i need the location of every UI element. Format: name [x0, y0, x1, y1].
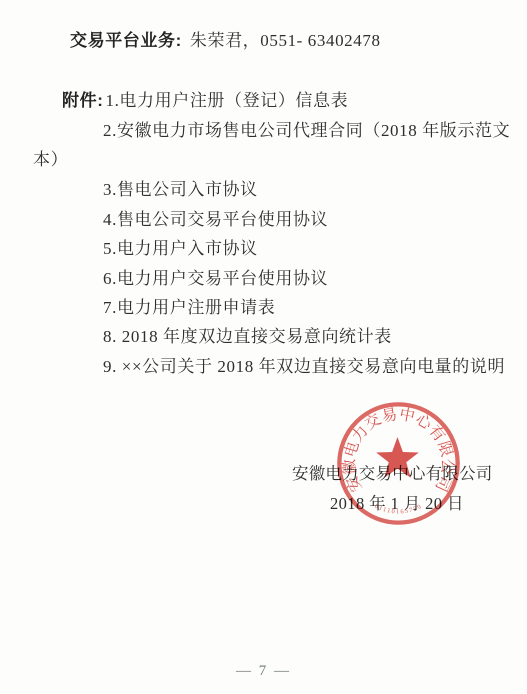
document-page: 交易平台业务:朱荣君，0551- 63402478 附件:1.电力用户注册（登记… — [0, 0, 527, 694]
attachments-label: 附件: — [62, 91, 103, 110]
attachment-item-1: 1.电力用户注册（登记）信息表 — [105, 91, 348, 110]
attachment-item-3: 3.售电公司入市协议 — [103, 175, 258, 200]
official-seal: 安徽电力交易中心有限公司 01110165759 — [322, 387, 475, 540]
attachment-item-5: 5.电力用户入市协议 — [103, 234, 258, 259]
attachment-item-2-wrap: 本） — [33, 145, 68, 170]
attachment-item-6: 6.电力用户交易平台使用协议 — [103, 264, 328, 289]
attachment-item-2: 2.安徽电力市场售电公司代理合同（2018 年版示范文 — [103, 116, 510, 141]
attachment-item-8: 8. 2018 年度双边直接交易意向统计表 — [103, 322, 392, 347]
page-number: — 7 — — [0, 663, 527, 680]
attachment-item-4: 4.售电公司交易平台使用协议 — [103, 205, 328, 230]
seal-serial: 01110165759 — [373, 503, 423, 516]
attachment-line: 附件:1.电力用户注册（登记）信息表 — [62, 86, 348, 111]
attachment-item-9: 9. ××公司关于 2018 年双边直接交易意向电量的说明 — [103, 352, 505, 377]
contact-line: 交易平台业务:朱荣君，0551- 63402478 — [70, 26, 381, 51]
contact-value: 朱荣君，0551- 63402478 — [190, 31, 381, 50]
attachment-item-7: 7.电力用户注册申请表 — [103, 293, 275, 318]
seal-star-icon — [376, 437, 419, 478]
contact-label: 交易平台业务: — [70, 31, 182, 50]
